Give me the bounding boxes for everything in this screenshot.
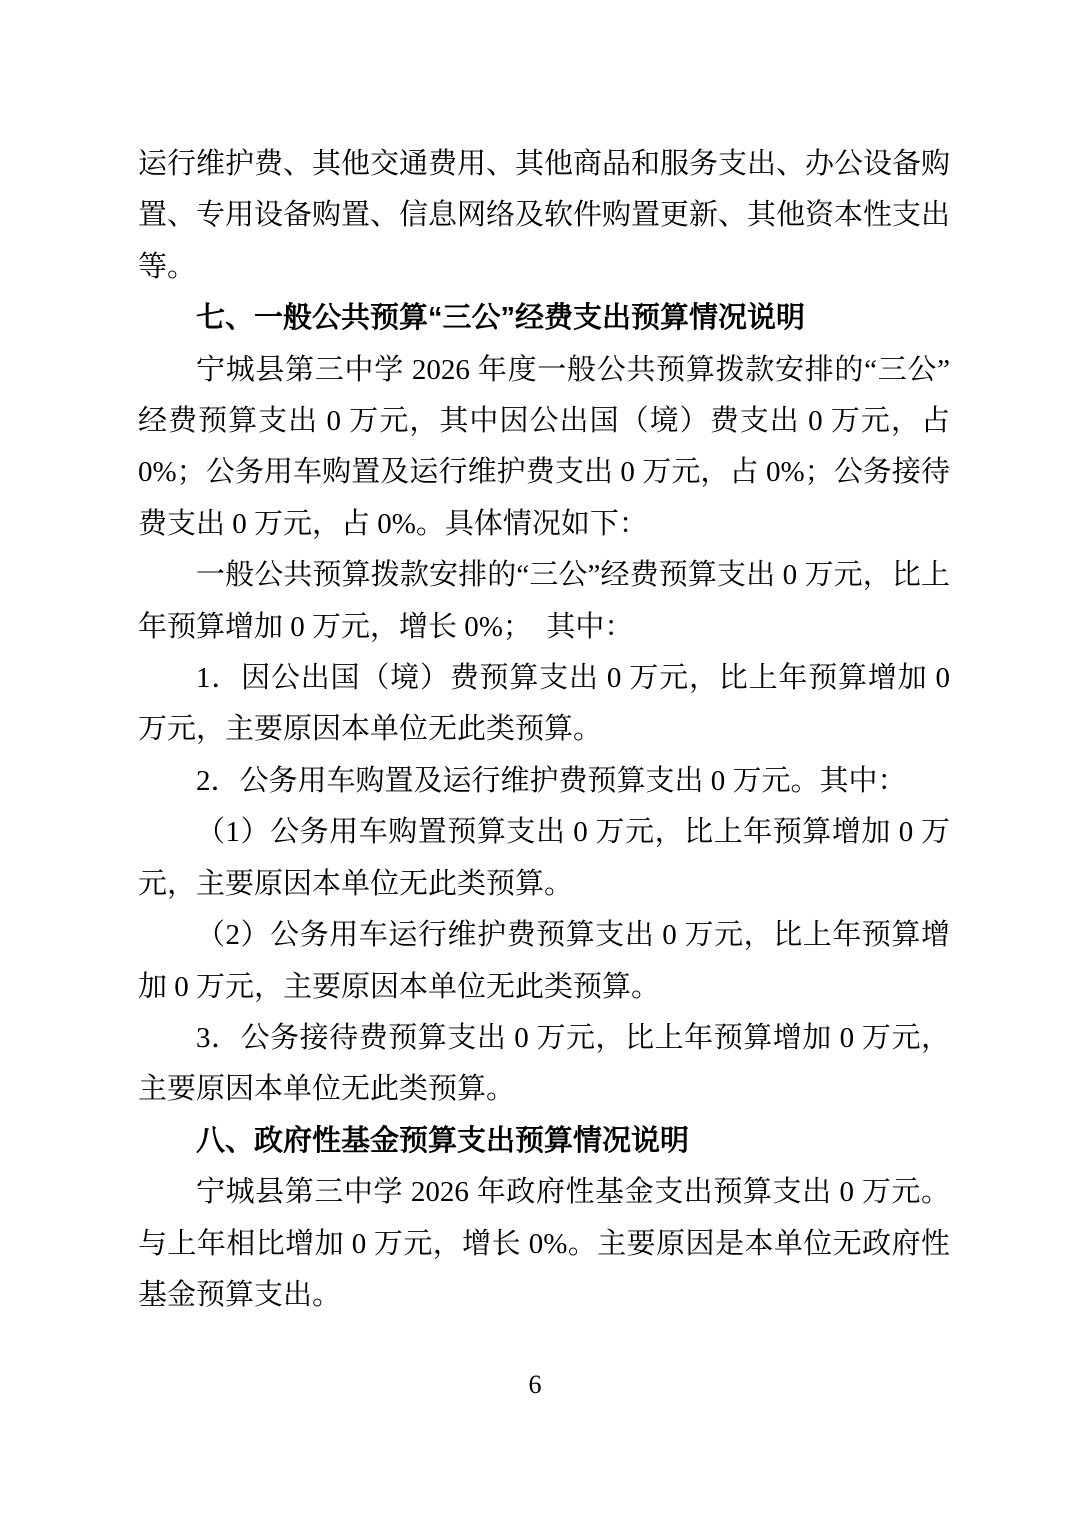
section-heading-seven: 七、一般公共预算“三公”经费支出预算情况说明 (138, 293, 950, 344)
paragraph-item-1: 1．因公出国（境）费预算支出 0 万元，比上年预算增加 0 万元，主要原因本单位… (138, 653, 950, 756)
document-body: 运行维护费、其他交通费用、其他商品和服务支出、办公设备购置、专用设备购置、信息网… (138, 139, 950, 1321)
section-heading-eight: 八、政府性基金预算支出预算情况说明 (138, 1116, 950, 1167)
paragraph-continuation: 运行维护费、其他交通费用、其他商品和服务支出、办公设备购置、专用设备购置、信息网… (138, 139, 950, 293)
paragraph: 宁城县第三中学 2026 年度一般公共预算拨款安排的“三公”经费预算支出 0 万… (138, 345, 950, 551)
paragraph-item-2: 2．公务用车购置及运行维护费预算支出 0 万元。其中： (138, 756, 950, 807)
paragraph: 宁城县第三中学 2026 年政府性基金支出预算支出 0 万元。与上年相比增加 0… (138, 1167, 950, 1321)
paragraph-item-3: 3．公务接待费预算支出 0 万元，比上年预算增加 0 万元，主要原因本单位无此类… (138, 1013, 950, 1116)
paragraph: 一般公共预算拨款安排的“三公”经费预算支出 0 万元，比上年预算增加 0 万元，… (138, 550, 950, 653)
page-number: 6 (0, 1370, 1070, 1400)
document-page: 运行维护费、其他交通费用、其他商品和服务支出、办公设备购置、专用设备购置、信息网… (0, 0, 1074, 1520)
paragraph-item-2-1: （1）公务用车购置预算支出 0 万元，比上年预算增加 0 万元，主要原因本单位无… (138, 807, 950, 910)
paragraph-item-2-2: （2）公务用车运行维护费预算支出 0 万元，比上年预算增加 0 万元，主要原因本… (138, 910, 950, 1013)
